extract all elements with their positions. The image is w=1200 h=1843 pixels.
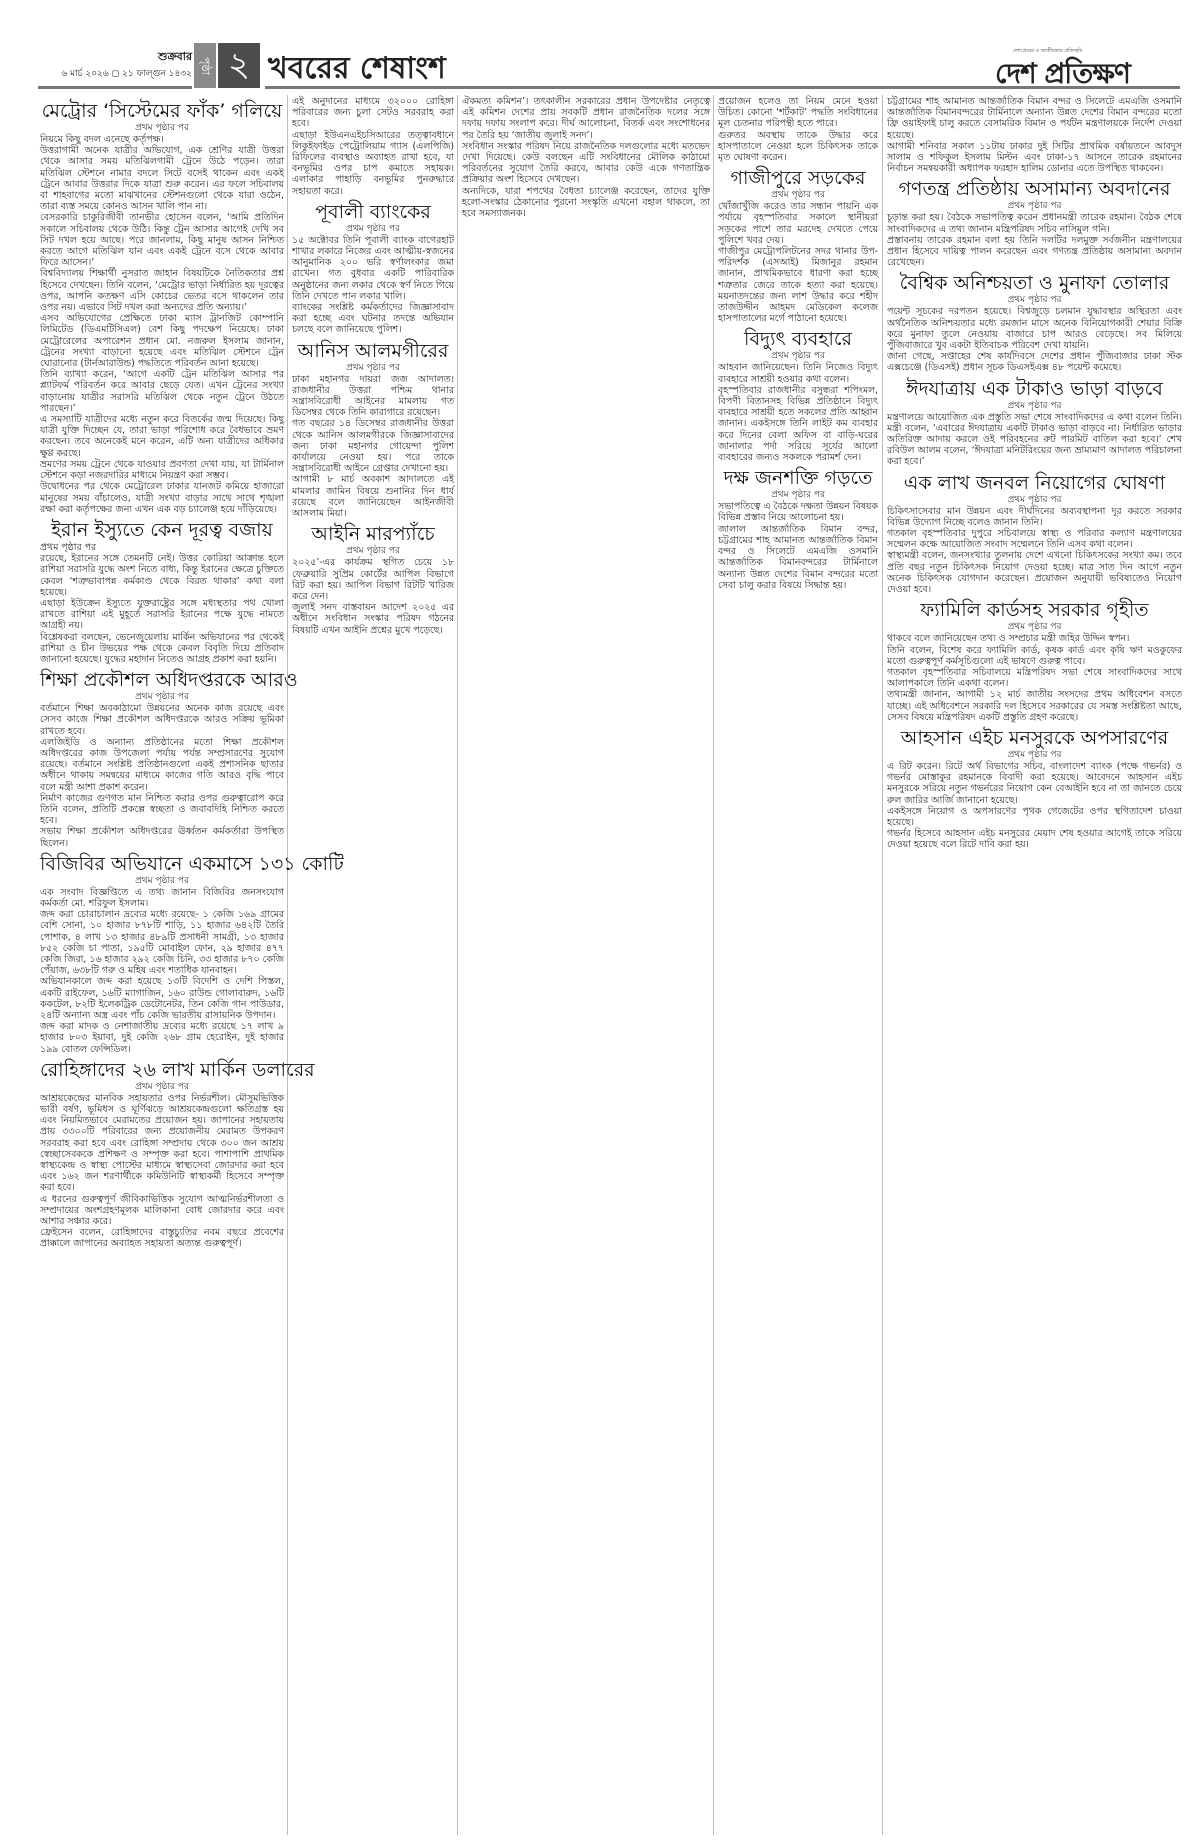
article-bidyut: বিদ্যুৎ ব্যবহারে প্রথম পৃষ্ঠার পর আহবান … bbox=[718, 327, 878, 463]
paragraph: গতকাল বৃহস্পতিবার দুপুরে সচিবালয়ে স্বাস… bbox=[887, 528, 1182, 550]
headline[interactable]: বৈশ্বিক অনিশ্চয়তা ও মুনাফা তোলার bbox=[887, 271, 1182, 295]
paragraph: গতকাল বৃহস্পতিবার সচিবালয়ে মন্ত্রিপরিষদ… bbox=[887, 667, 1182, 689]
paragraph: অভিযানকালে জব্দ করা হয়েছে ১৩টি বিদেশি ও… bbox=[40, 976, 284, 1021]
paragraph: এছাড়া ইউএনএইচসিআরের তত্ত্বাবধানে লিকুইফ… bbox=[292, 130, 454, 197]
paragraph: ভ্রমণের সময় ট্রেনে থেকে যাওয়ার প্রবণতা… bbox=[40, 459, 284, 481]
paragraph: গাজীপুর মেট্রোপলিটনের সদর থানার উপ-পরিদর… bbox=[718, 246, 878, 324]
paragraph: বিশ্ববিদ্যালয় শিক্ষার্থী নুসরাত জাহান ব… bbox=[40, 268, 284, 313]
headline[interactable]: ঈদযাত্রায় এক টাকাও ভাড়া বাড়বে bbox=[887, 377, 1182, 401]
headline[interactable]: আইনি মারপ্যাঁচে bbox=[292, 522, 454, 546]
paragraph: জব্দ করা মাদক ও নেশাজাতীয় দ্রব্যের মধ্য… bbox=[40, 1021, 284, 1055]
headline[interactable]: ফ্যামিলি কার্ডসহ সরকার গৃহীত bbox=[887, 598, 1182, 622]
paragraph: বিশ্লেষকরা বলছেন, ভেনেজুয়েলায় মার্কিন … bbox=[40, 632, 284, 666]
paragraph: ঐকমত্য কমিশন’। তৎকালীন সরকারের প্রধান উপ… bbox=[462, 96, 710, 141]
article-ganatantra: গণতন্ত্র প্রতিষ্ঠায় অসামান্য অবদানের প্… bbox=[887, 177, 1182, 268]
continued-label: প্রথম পৃষ্ঠার পর bbox=[40, 692, 284, 703]
paragraph: ২০২৫’-এর কার্যক্রম স্থগিত চেয়ে ১৮ ফেব্র… bbox=[292, 557, 454, 602]
paragraph: চিকিৎসাসেবার মান উন্নয়ন এবং দীর্ঘদিনের … bbox=[887, 506, 1182, 528]
article-bgb: বিজিবির অভিযানে একমাসে ১৩১ কোটি প্রথম পৃ… bbox=[40, 852, 284, 1055]
article-daksha: দক্ষ জনশক্তি গড়তে প্রথম পৃষ্ঠার পর সভাপ… bbox=[718, 466, 878, 591]
headline[interactable]: দক্ষ জনশক্তি গড়তে bbox=[718, 466, 878, 490]
publication-date: ৬ মার্চ ২০২৬ ◻ ২১ ফাল্গুন ১৪৩২ bbox=[60, 66, 192, 81]
column-1: মেট্রোর ‘সিস্টেমের ফাঁক’ গলিয়ে প্রথম পৃ… bbox=[40, 96, 284, 1250]
paragraph: আগামী শনিবার সকাল ১১টায় ঢাকার দুই সিটির… bbox=[887, 141, 1182, 175]
paragraph: এসব অভিযোগের প্রেক্ষিতে ঢাকা ম্যাস ট্রান… bbox=[40, 313, 284, 369]
paragraph: ব্যাংকের সংশ্লিষ্ট কর্মকর্তাদের জিজ্ঞাসা… bbox=[292, 302, 454, 336]
headline[interactable]: গাজীপুরে সড়কের bbox=[718, 166, 878, 190]
paragraph: ফ্রেইসেন বলেন, রোহিঙ্গাদের বাস্তুচ্যুতির… bbox=[40, 1227, 284, 1249]
article-ain: আইনি মারপ্যাঁচে প্রথম পৃষ্ঠার পর ২০২৫’-এ… bbox=[292, 522, 454, 635]
headline[interactable]: পূবালী ব্যাংকের bbox=[292, 200, 454, 224]
article-gazipur: গাজীপুরে সড়কের প্রথম পৃষ্ঠার পর খোঁজাখু… bbox=[718, 166, 878, 324]
paragraph: অন্যদিকে, যারা শপথের বৈধতা চ্যালেঞ্জ করে… bbox=[462, 186, 710, 220]
paragraph: উত্তরাগামী অনেক যাত্রীর অভিযোগ, এক শ্রেণ… bbox=[40, 145, 284, 212]
header-divider bbox=[265, 86, 1180, 89]
paragraph: গুরুতর অবস্থায় তাকে উদ্ধার করে হাসপাতাল… bbox=[718, 130, 878, 164]
continued-label: প্রথম পৃষ্ঠার পর bbox=[40, 123, 284, 134]
continued-label: প্রথম পৃষ্ঠার পর bbox=[887, 622, 1182, 633]
paragraph: জব্দ করা চোরাচালান দ্রব্যের মধ্যে রয়েছে… bbox=[40, 909, 284, 976]
continued-label: প্রথম পৃষ্ঠার পর bbox=[718, 190, 878, 201]
paragraph: এ ধরনের গুরুত্বপূর্ণ জীবিকাভিত্তিক সুযোগ… bbox=[40, 1194, 284, 1228]
paragraph: প্রস্তাবনায় তারেক রহমান বলা হয় তিনি দল… bbox=[887, 235, 1182, 269]
column-divider bbox=[287, 95, 288, 1835]
headline[interactable]: রোহিঙ্গাদের ২৬ লাখ মার্কিন ডলারের bbox=[40, 1058, 284, 1082]
headline[interactable]: বিদ্যুৎ ব্যবহারে bbox=[718, 327, 878, 351]
article-education: শিক্ষা প্রকৌশল অধিদপ্তরকে আরও প্রথম পৃষ্… bbox=[40, 668, 284, 849]
paragraph: আহবান জানিয়েছেন। তিনি নিজেও বিদ্যুৎ ব্য… bbox=[718, 362, 878, 384]
paragraph: গভর্নর হিসেবে আহসান এইচ মনসুরের মেয়াদ শ… bbox=[887, 828, 1182, 850]
article-boishwik: বৈশ্বিক অনিশ্চয়তা ও মুনাফা তোলার প্রথম … bbox=[887, 271, 1182, 373]
header-divider bbox=[38, 86, 192, 89]
article-eid: ঈদযাত্রায় এক টাকাও ভাড়া বাড়বে প্রথম প… bbox=[887, 377, 1182, 468]
paragraph: সভাপতিত্বে এ বৈঠকে দক্ষতা উন্নয়ন বিষয়ক… bbox=[718, 501, 878, 523]
paragraph: উদ্বোধনের পর থেকে মেট্রোরেল ঢাকার যানজট … bbox=[40, 481, 284, 515]
newspaper-logo[interactable]: দেশ প্রতিক্ষণ bbox=[995, 52, 1130, 99]
day-of-week: শুক্রবার bbox=[140, 48, 192, 67]
continued-label: প্রথম পৃষ্ঠার পর bbox=[292, 224, 454, 235]
paragraph: স্বাস্থ্যমন্ত্রী বলেন, জনসংখ্যার তুলনায়… bbox=[887, 550, 1182, 595]
paragraph: থাকবে বলে জানিয়েছেন তথ্য ও সম্প্রচার মন… bbox=[887, 633, 1182, 644]
paragraph: এক সংবাদ বিজ্ঞপ্তিতে এ তথ্য জানান বিজিবি… bbox=[40, 887, 284, 909]
paragraph: সংবিধান সংস্কার পরিষদ নিয়ে রাজনৈতিক দলগ… bbox=[462, 141, 710, 186]
continued-label: প্রথম পৃষ্ঠার পর bbox=[887, 401, 1182, 412]
paragraph: পয়েন্ট সূচকের দরপতন হয়েছে। বিশ্বজুড়ে … bbox=[887, 306, 1182, 351]
article-family: ফ্যামিলি কার্ডসহ সরকার গৃহীত প্রথম পৃষ্ঠ… bbox=[887, 598, 1182, 723]
article-rohingya: রোহিঙ্গাদের ২৬ লাখ মার্কিন ডলারের প্রথম … bbox=[40, 1058, 284, 1250]
column-divider bbox=[882, 95, 883, 1835]
paragraph: আগামী ৮ মার্চ অবকাশ আদালতে এই মামলার জাম… bbox=[292, 474, 454, 519]
continued-label: প্রথম পৃষ্ঠার পর bbox=[718, 351, 878, 362]
paragraph: বৃহস্পতিবার রাজধানীর বসুন্ধরা শপিংমল, বি… bbox=[718, 385, 878, 463]
continued-label: প্রথম পৃষ্ঠার পর bbox=[887, 201, 1182, 212]
paragraph: ১৫ অক্টোবর তিনি পূবালী ব্যাংক বাগেরহাট শ… bbox=[292, 235, 454, 302]
column-3: ঐকমত্য কমিশন’। তৎকালীন সরকারের প্রধান উপ… bbox=[462, 96, 710, 219]
article-ahsan: আহসান এইচ মনসুরকে অপসারণের প্রথম পৃষ্ঠার… bbox=[887, 726, 1182, 851]
page-label: পৃষ্ঠা bbox=[194, 43, 216, 88]
headline[interactable]: মেট্রোর ‘সিস্টেমের ফাঁক’ গলিয়ে bbox=[40, 99, 284, 123]
paragraph: ঢাকা মহানগর দায়রা জজ আদালত। রাজধানীর উত… bbox=[292, 374, 454, 419]
paragraph: গত বছরের ১৪ ডিসেম্বর রাজধানীর উত্তরা থেক… bbox=[292, 418, 454, 474]
paragraph: নির্মাণ কাজের গুণগত মান নিশ্চিত করার ওপর… bbox=[40, 793, 284, 827]
paragraph: বেসরকারি চাকুরিজীবী তানভীর হোসেন বলেন, ‘… bbox=[40, 212, 284, 268]
column-5: চট্টগ্রামের শাহ আমানত আন্তর্জাতিক বিমান … bbox=[887, 96, 1182, 851]
paragraph: প্রয়োজন হলেও তা নিয়ম মেনে হওয়া উচিত। … bbox=[718, 96, 878, 130]
paragraph: এ সমস্যাটি যাত্রীদের মধ্যে নতুন করে বিতর… bbox=[40, 414, 284, 459]
paragraph: এলজিইডি ও অন্যান্য প্রতিষ্ঠানের মতো শিক্… bbox=[40, 737, 284, 793]
continued-label: প্রথম পৃষ্ঠার পর bbox=[40, 876, 284, 887]
paragraph: চট্টগ্রামের শাহ আমানত আন্তর্জাতিক বিমান … bbox=[887, 96, 1182, 141]
continued-label: প্রথম পৃষ্ঠার পর bbox=[292, 363, 454, 374]
headline[interactable]: শিক্ষা প্রকৌশল অধিদপ্তরকে আরও bbox=[40, 668, 284, 692]
page-header: শুক্রবার ৬ মার্চ ২০২৬ ◻ ২১ ফাল্গুন ১৪৩২ … bbox=[0, 0, 1200, 88]
paragraph: এ রিট করেন। রিটে অর্থ বিভাগের সচিব, বাংল… bbox=[887, 761, 1182, 806]
article-anis: আনিস আলমগীরের প্রথম পৃষ্ঠার পর ঢাকা মহান… bbox=[292, 339, 454, 520]
paragraph: বর্তমানে শিক্ষা অবকাঠামো উন্নয়নের অনেক … bbox=[40, 703, 284, 737]
article-janabal: এক লাখ জনবল নিয়োগের ঘোষণা প্রথম পৃষ্ঠার… bbox=[887, 471, 1182, 596]
column-2: এই অনুদানের মাধ্যমে ৩২০০০ রোহিঙ্গা পরিবা… bbox=[292, 96, 454, 636]
continued-label: প্রথম পৃষ্ঠার পর bbox=[40, 1082, 284, 1093]
paragraph: মন্ত্রণালয়ে আয়োজিত এক প্রস্তুতি সভা শে… bbox=[887, 412, 1182, 468]
paragraph: জানা গেছে, সপ্তাহের শেষ কার্যদিবসে দেশের… bbox=[887, 351, 1182, 373]
paragraph: তথ্যমন্ত্রী জানান, আগামী ১২ মার্চ জাতীয়… bbox=[887, 689, 1182, 723]
continued-label: প্রথম পৃষ্ঠার পর bbox=[292, 546, 454, 557]
continued-label: প্রথম পৃষ্ঠার পর bbox=[887, 495, 1182, 506]
headline[interactable]: আনিস আলমগীরের bbox=[292, 339, 454, 363]
paragraph: জুলাই সনদ বাস্তবায়ন আদেশ ২০২৫ এর অধীনে … bbox=[292, 602, 454, 636]
article-metro: মেট্রোর ‘সিস্টেমের ফাঁক’ গলিয়ে প্রথম পৃ… bbox=[40, 99, 284, 515]
article-pubali: পূবালী ব্যাংকের প্রথম পৃষ্ঠার পর ১৫ অক্ট… bbox=[292, 200, 454, 336]
continued-label: প্রথম পৃষ্ঠার পর bbox=[887, 295, 1182, 306]
paragraph: এছাড়া ইউক্রেন ইস্যুতে যুক্তরাষ্ট্রের সঙ… bbox=[40, 598, 284, 632]
continued-label: প্রথম পৃষ্ঠার পর bbox=[40, 542, 284, 553]
continued-label: প্রথম পৃষ্ঠার পর bbox=[718, 490, 878, 501]
paragraph: এই অনুদানের মাধ্যমে ৩২০০০ রোহিঙ্গা পরিবা… bbox=[292, 96, 454, 130]
column-4: প্রয়োজন হলেও তা নিয়ম মেনে হওয়া উচিত। … bbox=[718, 96, 878, 591]
paragraph: আশ্রয়কেন্দ্রের মানবিক সহায়তার ওপর নির্… bbox=[40, 1093, 284, 1194]
paragraph: খোঁজাখুঁজি করেও তার সন্ধান পায়নি এক পর্… bbox=[718, 201, 878, 246]
headline[interactable]: বিজিবির অভিযানে একমাসে ১৩১ কোটি bbox=[40, 852, 284, 876]
column-divider bbox=[713, 95, 714, 1835]
paragraph: তিনি ব্যাখ্যা করেন, ‘আগে একটি ট্রেন মতিঝ… bbox=[40, 369, 284, 414]
column-divider bbox=[457, 95, 458, 1835]
headline[interactable]: এক লাখ জনবল নিয়োগের ঘোষণা bbox=[887, 471, 1182, 495]
paragraph: জালাল আন্তর্জাতিক বিমান বন্দর, চট্টগ্রাম… bbox=[718, 524, 878, 591]
paragraph: তিনি বলেন, বিশেষ করে ফ্যামিলি কার্ড, কৃষ… bbox=[887, 645, 1182, 667]
headline[interactable]: আহসান এইচ মনসুরকে অপসারণের bbox=[887, 726, 1182, 750]
paragraph: চূড়ান্ত করা হয়। বৈঠকে সভাপতিত্ব করেন প… bbox=[887, 212, 1182, 234]
paragraph: নিয়মে কিছু বদল এনেছে কর্তৃপক্ষ। bbox=[40, 134, 284, 145]
headline[interactable]: ইরান ইস্যুতে কেন দূরত্ব বজায় bbox=[40, 518, 284, 542]
paragraph: রয়েছে, ইরানের সঙ্গে তেমনটি নেই। উত্তর ক… bbox=[40, 553, 284, 598]
headline[interactable]: গণতন্ত্র প্রতিষ্ঠায় অসামান্য অবদানের bbox=[887, 177, 1182, 201]
paragraph: একইসঙ্গে নিয়োগ ও অপসারণের পৃথক গেজেটের … bbox=[887, 806, 1182, 828]
paragraph: সভায় শিক্ষা প্রকৌশল অধিদপ্তরের ঊর্ধ্বতন… bbox=[40, 826, 284, 848]
page-number: ২ bbox=[218, 43, 260, 88]
article-iran: ইরান ইস্যুতে কেন দূরত্ব বজায় প্রথম পৃষ্… bbox=[40, 518, 284, 665]
continued-label: প্রথম পৃষ্ঠার পর bbox=[887, 750, 1182, 761]
